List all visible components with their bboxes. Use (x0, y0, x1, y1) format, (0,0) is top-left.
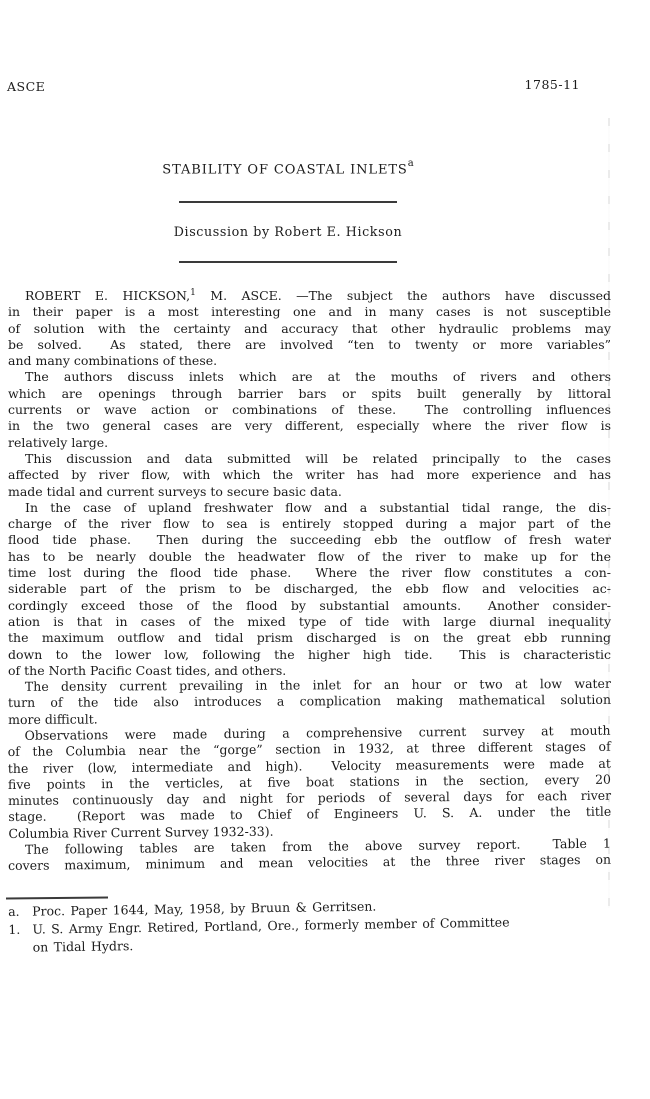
body-line: down to the lower low, following the hig… (8, 647, 611, 663)
paper-title-text: STABILITY OF COASTAL INLETS (162, 162, 407, 177)
separator-rule-top (179, 201, 397, 203)
paragraph: ROBERT E. HICKSON,1 M. ASCE. —The subjec… (8, 288, 611, 369)
footnote-list: a.Proc. Paper 1644, May, 1958, by Bruun … (8, 894, 624, 957)
body-line: has to be nearly double the headwater fl… (8, 549, 611, 565)
paragraph: The density current prevailing in the in… (8, 676, 611, 728)
body-line: cordingly exceed those of the flood by s… (8, 598, 611, 614)
footnote-rule (6, 896, 108, 899)
body-line: flood tide phase. Then during the succee… (8, 532, 611, 548)
footnote-text: U. S. Army Engr. Retired, Portland, Ore.… (32, 912, 623, 957)
title-footnote-marker: a (408, 158, 414, 169)
front-matter: STABILITY OF COASTAL INLETSa Discussion … (8, 158, 568, 263)
body-line: affected by river flow, with which the w… (8, 467, 611, 483)
paragraph: The following tables are taken from the … (8, 836, 611, 875)
body-line: siderable part of the prism to be discha… (8, 581, 611, 597)
footnote: 1.U. S. Army Engr. Retired, Portland, Or… (8, 912, 623, 957)
body-line: of solution with the certainty and accur… (8, 321, 611, 337)
body-line: in the two general cases are very differ… (8, 418, 611, 434)
separator-rule-bottom (179, 261, 397, 263)
paragraph: Observations were made during a comprehe… (8, 723, 612, 842)
body-line: In the case of upland freshwater flow an… (8, 500, 611, 516)
journal-abbreviation: ASCE (7, 79, 45, 94)
running-header: ASCE 1785-11 (0, 79, 650, 95)
body-line: time lost during the flood tide phase. W… (8, 565, 611, 581)
paper-number: 1785-11 (525, 77, 580, 92)
body-line: relatively large. (8, 435, 611, 451)
byline: Discussion by Robert E. Hickson (8, 224, 568, 239)
footnote-marker: a. (8, 903, 32, 921)
body-line: The authors discuss inlets which are at … (8, 369, 611, 385)
body-line: be solved. As stated, there are involved… (8, 337, 611, 353)
body-line: charge of the river flow to sea is entir… (8, 516, 611, 532)
body-line: in their paper is a most interesting one… (8, 304, 611, 320)
footnote-marker: 1. (8, 921, 33, 957)
body-line: and many combinations of these. (8, 353, 611, 369)
body-line: the maximum outflow and tidal prism disc… (8, 630, 611, 646)
body-line: ROBERT E. HICKSON,1 M. ASCE. —The subjec… (8, 288, 611, 304)
paper-title: STABILITY OF COASTAL INLETSa (8, 158, 568, 178)
body-line: made tidal and current surveys to secure… (8, 484, 611, 500)
body-line: ation is that in cases of the mixed type… (8, 614, 611, 630)
paragraph: In the case of upland freshwater flow an… (8, 500, 611, 679)
scan-artifact-streak (608, 118, 610, 908)
body-line: currents or wave action or combinations … (8, 402, 611, 418)
body-line: which are openings through barrier bars … (8, 386, 611, 402)
body-line: turn of the tide also introduces a compl… (8, 692, 611, 711)
paragraph: This discussion and data submitted will … (8, 451, 611, 500)
body-text: ROBERT E. HICKSON,1 M. ASCE. —The subjec… (8, 288, 611, 875)
paper-page: ASCE 1785-11 STABILITY OF COASTAL INLETS… (0, 0, 650, 1099)
paragraph: The authors discuss inlets which are at … (8, 369, 611, 450)
body-line: This discussion and data submitted will … (8, 451, 611, 467)
